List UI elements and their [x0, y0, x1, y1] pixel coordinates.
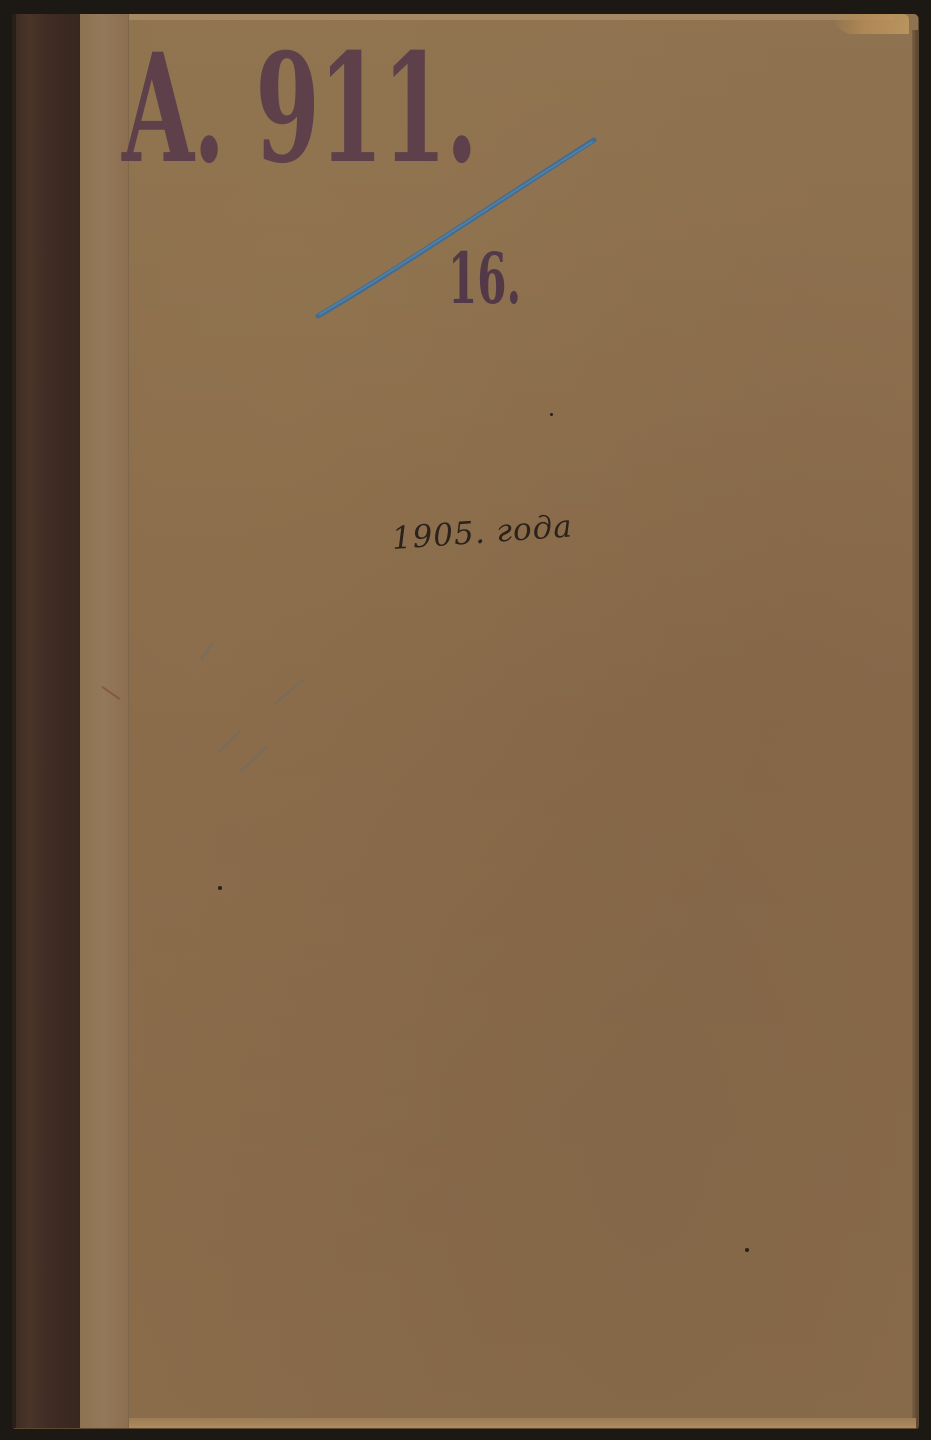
paper-speck — [218, 886, 222, 890]
cover-bottom-edge — [80, 1418, 916, 1428]
sub-number-stamp: 16. — [448, 244, 521, 314]
call-number-stamp: A. 911. — [122, 34, 477, 184]
paper-speck — [745, 1248, 749, 1252]
worn-corner — [833, 14, 909, 34]
cover-hinge — [80, 14, 129, 1428]
scanned-document: A. 911. 16. 1905. года — [0, 0, 931, 1440]
spine-edge — [12, 14, 16, 1428]
cover-right-edge — [912, 30, 918, 1428]
paper-speck — [550, 413, 553, 416]
cover-board — [12, 14, 918, 1428]
cover-top-edge — [76, 14, 894, 20]
binding-spine — [12, 14, 80, 1428]
